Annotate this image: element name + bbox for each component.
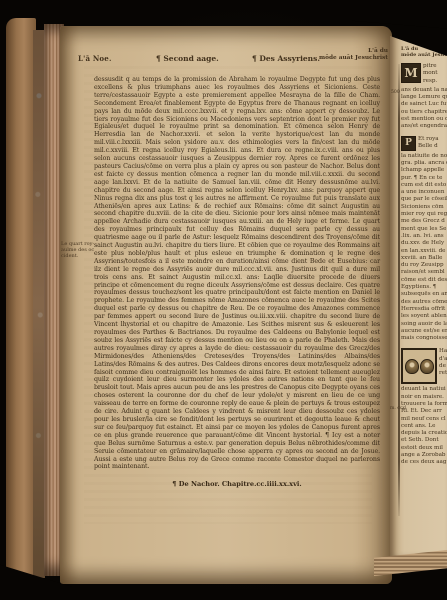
woodcut-row: Hard'apde mretr — [401, 348, 447, 384]
header-year-line1: L'ā du — [302, 48, 388, 55]
book-photograph: L'ā Noe. ¶ Second aage. ¶ Des Assyriens.… — [0, 0, 447, 600]
text-fragment: est mention ou d — [401, 116, 447, 123]
header-folio-left: L'ā Noe. — [78, 54, 112, 63]
text-fragment: aucune est/se en — [401, 328, 447, 335]
text-fragment: retr — [439, 370, 447, 377]
header-year-line2: mōde auāt Jesuchrist — [302, 55, 388, 62]
text-fragment: soing auoir de la — [401, 321, 447, 328]
fragment-block-c: deuant la natiuinoir en maisre.trouuere … — [401, 386, 447, 466]
text-fragment: raison/et sembl — [401, 269, 447, 276]
text-fragment: noir en maisre. — [401, 394, 447, 401]
text-fragment: de ces deux aag — [401, 459, 447, 466]
margin-note-line: cident. — [61, 253, 94, 259]
text-fragment: me des Grecz d — [401, 218, 447, 225]
text-fragment: d'ap — [439, 356, 447, 363]
next-page-header: L'ā du mōde auāt Jesuchrist — [401, 46, 447, 58]
text-fragment: pur. ¶ En ce te — [401, 175, 447, 182]
text-fragment: les soyent ablen — [401, 313, 447, 320]
text-fragment: du.xxv. de Hely — [401, 240, 447, 247]
text-fragment: Sicioniens cōm — [401, 204, 447, 211]
next-page-header-line2: mōde auāt Jesuchrist — [401, 52, 447, 58]
text-fragment: trouuere la form — [401, 401, 447, 408]
book-cover-edge — [6, 18, 36, 584]
text-fragment: mont — [423, 70, 447, 77]
text-fragment: des autres cōme — [401, 299, 447, 306]
header-section-title: ¶ Second aage. — [156, 54, 219, 63]
text-fragment: mil neuf cens cl — [401, 416, 447, 423]
initial-a-side-lines: pitremontresp. — [423, 63, 447, 85]
text-fragment: pitre — [423, 63, 447, 70]
woodcut-side-lines: Hard'apde mretr — [439, 348, 447, 384]
text-fragment: xxviii. an Balle — [401, 255, 447, 262]
text-fragment: ou tiers chapitre — [401, 109, 447, 116]
text-fragment: depuis la creatio — [401, 430, 447, 437]
text-fragment: Egyptiens. ¶ — [401, 284, 447, 291]
header-year-label: L'ā du mōde auāt Jesuchrist — [302, 48, 388, 62]
chapter-heading: ¶ De Nachor. Chapitre.cc.iiii.xx.xvi. — [94, 480, 380, 488]
text-fragment: ment que les Se — [401, 226, 447, 233]
text-fragment: cōme est dit dess — [401, 277, 447, 284]
text-fragment: gra. plia. ancra d — [401, 160, 447, 167]
text-fragment: ange a Zorobab — [401, 452, 447, 459]
text-fragment: Ri. Et. Dec arr — [401, 408, 447, 415]
text-fragment: Belle d — [418, 143, 447, 150]
decorated-initial-m: M — [401, 63, 421, 83]
text-fragment: ans/et engendra — [401, 123, 447, 130]
text-fragment: en lan.xxviii. de — [401, 248, 447, 255]
text-column: dessusdit q au temps de la promission de… — [94, 76, 380, 488]
decorated-initial-p: P — [401, 136, 416, 151]
text-fragment: et Seth. Dont — [401, 437, 447, 444]
next-page-initial-block-b: P Et royaBelle d — [401, 136, 447, 151]
text-fragment: lchamp appelle — [401, 167, 447, 174]
page-edge-shadow-line — [398, 64, 400, 516]
text-fragment: a une inconuen — [401, 189, 447, 196]
main-page: L'ā Noe. ¶ Second aage. ¶ Des Assyriens.… — [60, 26, 392, 584]
text-fragment: subsequēs en an — [401, 291, 447, 298]
text-fragment: de sainct Luc fut — [401, 101, 447, 108]
woodcut-medallions — [401, 348, 437, 384]
next-page-initial-block-a: M pitremontresp. — [401, 63, 447, 85]
text-fragment: de m — [439, 363, 447, 370]
text-fragment: Herresdia offrīt — [401, 306, 447, 313]
text-fragment: mier roy qui reg — [401, 211, 447, 218]
next-page-content: L'ā du mōde auāt Jesuchrist M pitremontr… — [401, 46, 447, 467]
fragment-block-b: la natiuite de nogra. plia. ancra dlcham… — [401, 153, 447, 343]
text-fragment: lange Lemure qu — [401, 94, 447, 101]
medallion-portrait-right — [420, 359, 434, 374]
text-fragment: Et roya — [418, 136, 447, 143]
medallion-portrait-left — [405, 359, 419, 374]
text-fragment: Har — [439, 348, 447, 355]
fragment-block-a: ans deuant la nalange Lemure qude sainct… — [401, 87, 447, 131]
text-fragment: cum est dit esto — [401, 182, 447, 189]
text-fragment: ans deuant la na — [401, 87, 447, 94]
initial-b-side-lines: Et royaBelle d — [418, 136, 447, 151]
margin-note: Le quart roy-aulme des oc-cident. — [61, 241, 94, 259]
text-fragment: estoit deux mil — [401, 445, 447, 452]
text-fragment: que par le cōseil — [401, 196, 447, 203]
body-text: dessusdit q au temps de la promission de… — [94, 76, 380, 471]
text-fragment: du roy Zeusipp — [401, 262, 447, 269]
text-fragment: la natiuite de no — [401, 153, 447, 160]
text-fragment: resp. — [423, 78, 447, 85]
text-fragment: mais congnoisse — [401, 335, 447, 342]
text-fragment: .lix. an. lvi. ans — [401, 233, 447, 240]
text-fragment: deuant la natiui — [401, 386, 447, 393]
text-fragment: cent ans. Le — [401, 423, 447, 430]
